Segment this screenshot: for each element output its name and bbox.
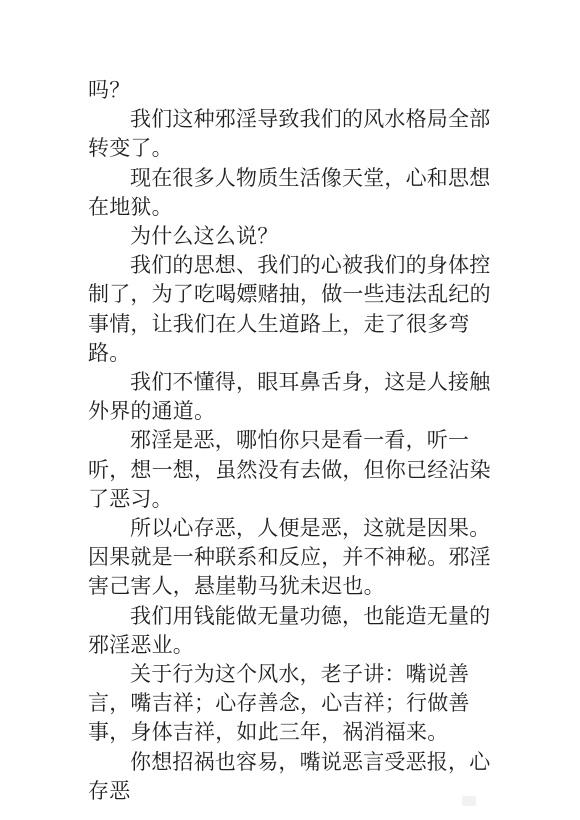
paragraph: 关于行为这个风水，老子讲：嘴说善言，嘴吉祥；心存善念，心吉祥；行做善事，身体吉祥…	[88, 660, 508, 748]
watermark-icon	[462, 796, 476, 806]
paragraph: 我们用钱能做无量功德，也能造无量的邪淫恶业。	[88, 602, 508, 660]
paragraph: 我们这种邪淫导致我们的风水格局全部转变了。	[88, 105, 508, 163]
paragraph: 邪淫是恶，哪怕你只是看一看，听一听，想一想，虽然没有去做，但你已经沾染了恶习。	[88, 426, 508, 514]
paragraph: 我们不懂得，眼耳鼻舌身，这是人接触外界的通道。	[88, 368, 508, 426]
paragraph: 我们的思想、我们的心被我们的身体控制了，为了吃喝嫖赌抽，做一些违法乱纪的事情，让…	[88, 251, 508, 368]
paragraph: 现在很多人物质生活像天堂，心和思想在地狱。	[88, 164, 508, 222]
paragraph: 所以心存恶，人便是恶，这就是因果。因果就是一种联系和反应，并不神秘。邪淫害己害人…	[88, 514, 508, 602]
paragraph: 为什么这么说？	[88, 222, 508, 251]
paragraph: 吗？	[88, 76, 508, 105]
document-body: 吗？ 我们这种邪淫导致我们的风水格局全部转变了。 现在很多人物质生活像天堂，心和…	[88, 76, 508, 806]
paragraph: 你想招祸也容易，嘴说恶言受恶报，心存恶	[88, 748, 508, 806]
